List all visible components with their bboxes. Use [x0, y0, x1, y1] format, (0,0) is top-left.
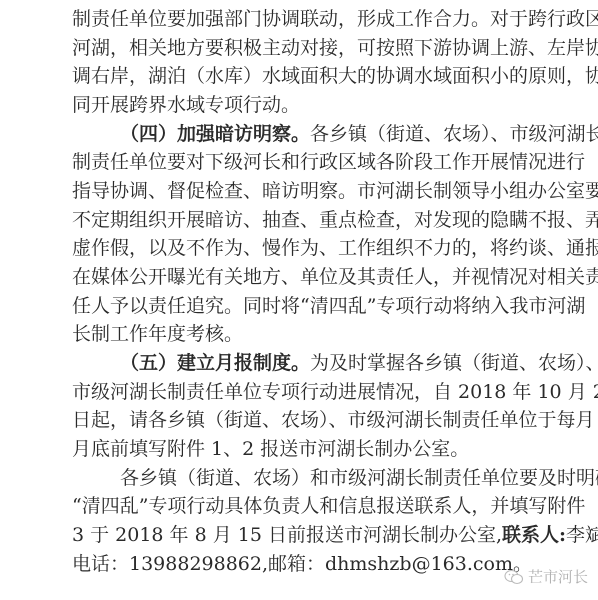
contact-name: 李斌, [566, 524, 598, 546]
paragraph-line: 长制工作年度考核。 [72, 320, 530, 348]
section-four-first-line: （四）加强暗访明察。各乡镇（街道、农场）、市级河湖长 [120, 120, 530, 148]
paragraph-line: 同开展跨界水域专项行动。 [72, 91, 530, 119]
paragraph-line: 任人予以责任追究。同时将“清四乱”专项行动将纳入我市河湖 [72, 292, 530, 320]
section-five-text: 为及时掌握各乡镇（街道、农场）、 [310, 352, 598, 374]
paragraph-line: 市级河湖长制责任单位专项行动进展情况，自 2018 年 10 月 28 [72, 378, 530, 406]
paragraph-line: 指导协调、督促检查、暗访明察。市河湖长制领导小组办公室要 [72, 177, 530, 205]
paragraph-line: 制责任单位要加强部门协调联动，形成工作合力。对于跨行政区 [72, 5, 530, 33]
paragraph-line: 各乡镇（街道、农场）和市级河湖长制责任单位要及时明确 [120, 464, 530, 492]
wechat-icon [504, 569, 524, 585]
paragraph-line: 虚作假，以及不作为、慢作为、工作组织不力的，将约谈、通报、 [72, 234, 530, 262]
contact-line: 3 于 2018 年 8 月 15 日前报送市河湖长制办公室,联系人:李斌, [72, 521, 530, 549]
section-four-heading: （四）加强暗访明察。 [120, 123, 310, 145]
contact-text: 3 于 2018 年 8 月 15 日前报送市河湖长制办公室, [72, 524, 502, 546]
contact-label: 联系人: [502, 524, 566, 546]
paragraph-line: 不定期组织开展暗访、抽查、重点检查，对发现的隐瞒不报、弄 [72, 206, 530, 234]
document-page: 制责任单位要加强部门协调联动，形成工作合力。对于跨行政区 河湖，相关地方要积极主… [0, 0, 598, 600]
paragraph-line: 日起，请各乡镇（街道、农场）、市级河湖长制责任单位于每月 [72, 406, 530, 434]
section-four-text: 各乡镇（街道、农场）、市级河湖长 [310, 123, 598, 145]
watermark-text: 芒市河长 [528, 566, 588, 587]
paragraph-line: 河湖，相关地方要积极主动对接，可按照下游协调上游、左岸协 [72, 34, 530, 62]
contact-details-line: 电话：13988298862,邮箱：dhmshzb@163.com。 [72, 550, 530, 578]
section-five-first-line: （五）建立月报制度。为及时掌握各乡镇（街道、农场）、 [120, 349, 530, 377]
paragraph-line: 在媒体公开曝光有关地方、单位及其责任人，并视情况对相关责 [72, 263, 530, 291]
paragraph-line: 调右岸，湖泊（水库）水域面积大的协调水域面积小的原则，协 [72, 62, 530, 90]
watermark: 芒市河长 [504, 566, 588, 587]
paragraph-line: 月底前填写附件 1、2 报送市河湖长制办公室。 [72, 435, 530, 463]
section-five-heading: （五）建立月报制度。 [120, 352, 310, 374]
paragraph-line: “清四乱”专项行动具体负责人和信息报送联系人，并填写附件 [72, 492, 530, 520]
paragraph-line: 制责任单位要对下级河长和行政区域各阶段工作开展情况进行 [72, 148, 530, 176]
